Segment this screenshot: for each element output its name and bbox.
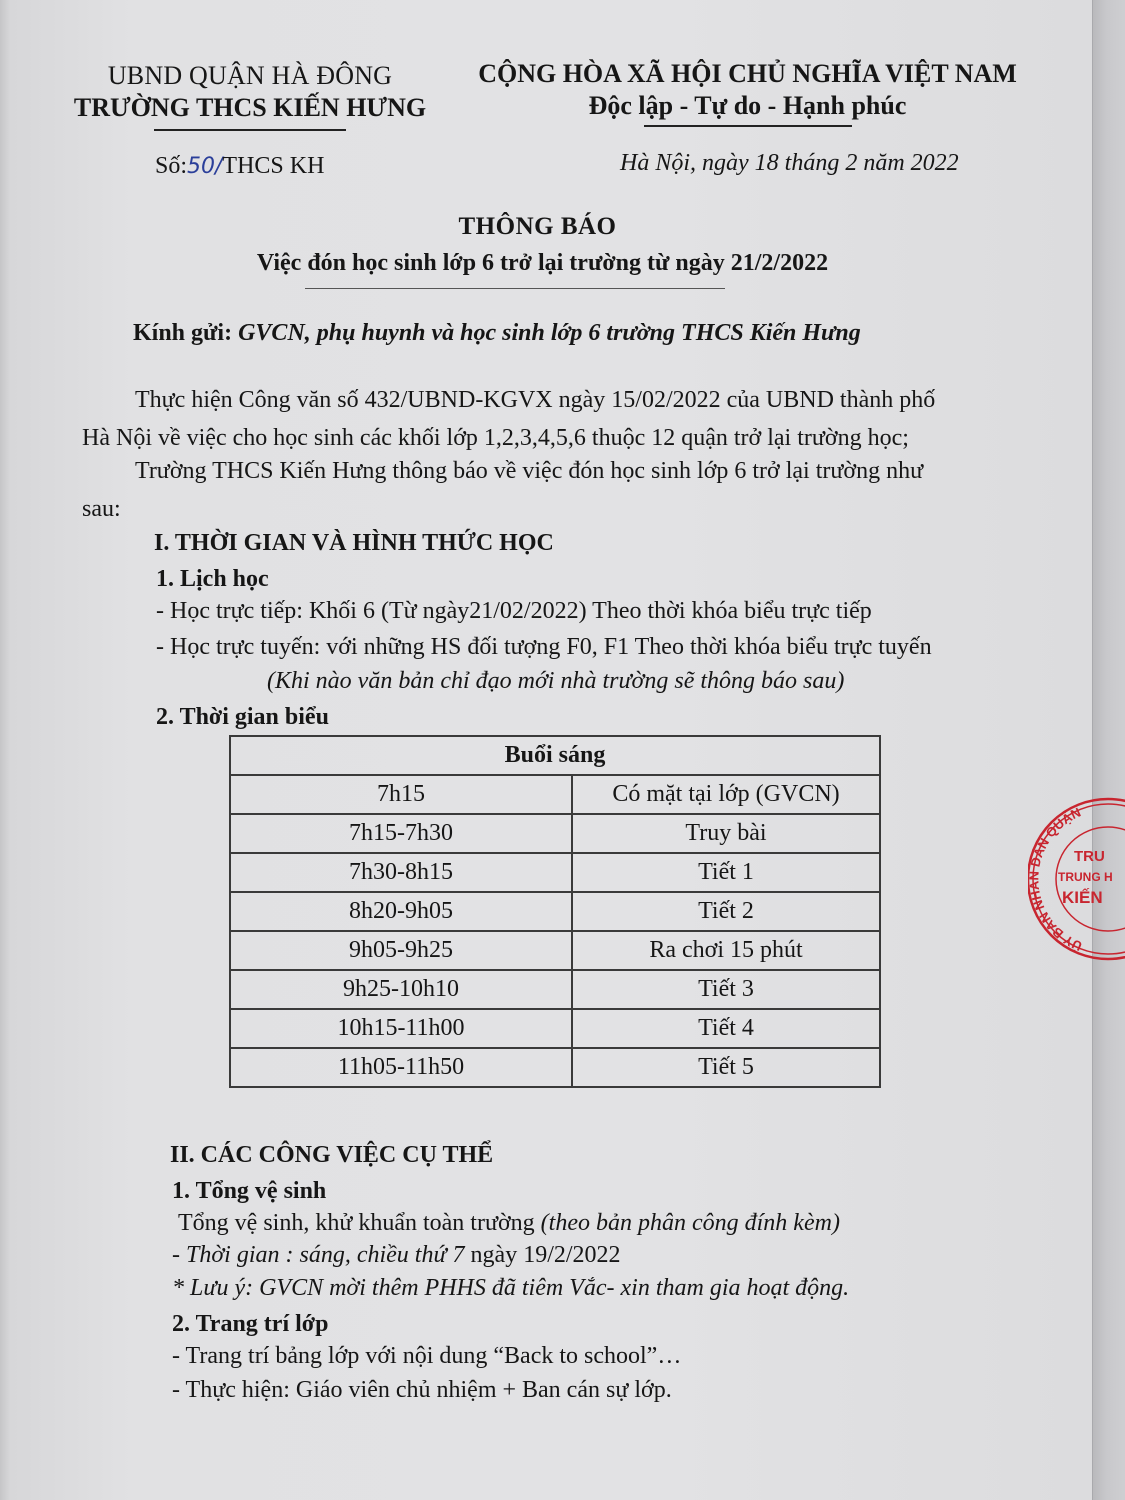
national-motto: Độc lập - Tự do - Hạnh phúc (470, 90, 1025, 122)
cleaning-note: * Lưu ý: GVCN mời thêm PHHS đã tiêm Vắc-… (172, 1275, 849, 1302)
timetable-activity: Ra chơi 15 phút (572, 931, 880, 970)
timetable-row: 10h15-11h00Tiết 4 (230, 1009, 880, 1048)
timetable-row: 7h30-8h15Tiết 1 (230, 853, 880, 892)
schedule-item-in-person: - Học trực tiếp: Khối 6 (Từ ngày21/02/20… (156, 598, 872, 625)
timetable-time: 11h05-11h50 (230, 1048, 572, 1087)
subtitle-underline (305, 288, 725, 289)
intro-line-4: sau: (82, 496, 121, 523)
timetable-row: 9h05-9h25Ra chơi 15 phút (230, 931, 880, 970)
place-date: Hà Nội, ngày 18 tháng 2 năm 2022 (620, 150, 959, 177)
timetable-activity: Tiết 1 (572, 853, 880, 892)
cleaning-time: - Thời gian : sáng, chiều thứ 7 ngày 19/… (172, 1242, 621, 1269)
timetable-time: 7h30-8h15 (230, 853, 572, 892)
timetable-activity: Có mặt tại lớp (GVCN) (572, 775, 880, 814)
schedule-item-online: - Học trực tuyến: với những HS đối tượng… (156, 634, 932, 661)
cleaning-time-label: - Thời gian : sáng, chiều thứ 7 (172, 1242, 465, 1268)
timetable-activity: Tiết 4 (572, 1009, 880, 1048)
timetable-row: 7h15-7h30Truy bài (230, 814, 880, 853)
svg-text:TRU: TRU (1074, 848, 1105, 865)
decoration-heading: 2. Trang trí lớp (172, 1311, 328, 1338)
schedule-heading: 1. Lịch học (156, 566, 269, 593)
motto-underline (644, 125, 852, 127)
timetable-activity: Tiết 3 (572, 970, 880, 1009)
doc-no-handwritten: 50/ (187, 154, 222, 179)
timetable-row: 8h20-9h05Tiết 2 (230, 892, 880, 931)
timetable-header: Buổi sáng (230, 736, 880, 775)
official-stamp-icon: ỦY BAN NHÂN DÂN QUẬN TRU TRUNG H KIẾN (1028, 795, 1125, 975)
timetable-heading: 2. Thời gian biểu (156, 704, 329, 731)
timetable-row: 7h15Có mặt tại lớp (GVCN) (230, 775, 880, 814)
timetable-time: 8h20-9h05 (230, 892, 572, 931)
timetable-row: 9h25-10h10Tiết 3 (230, 970, 880, 1009)
document-subtitle: Việc đón học sinh lớp 6 trở lại trường t… (0, 250, 1085, 277)
issuer-block: UBND QUẬN HÀ ĐÔNG TRƯỜNG THCS KIẾN HƯNG (60, 60, 440, 131)
schedule-note: (Khi nào văn bản chỉ đạo mới nhà trường … (267, 668, 844, 695)
cleaning-date: ngày 19/2/2022 (465, 1242, 621, 1268)
issuer-authority: UBND QUẬN HÀ ĐÔNG (60, 60, 440, 92)
cleaning-heading: 1. Tổng vệ sinh (172, 1178, 326, 1205)
issuer-underline (154, 129, 346, 131)
document-title: THÔNG BÁO (0, 213, 1075, 241)
recipients-label: Kính gửi: (133, 320, 232, 346)
timetable-time: 7h15-7h30 (230, 814, 572, 853)
cleaning-description: Tổng vệ sinh, khử khuẩn toàn trường (the… (178, 1210, 840, 1237)
intro-line-1: Thực hiện Công văn số 432/UBND-KGVX ngày… (135, 387, 935, 414)
timetable-row: 11h05-11h50Tiết 5 (230, 1048, 880, 1087)
timetable: Buổi sáng 7h15Có mặt tại lớp (GVCN)7h15-… (229, 735, 881, 1088)
decoration-item-2: - Thực hiện: Giáo viên chủ nhiệm + Ban c… (172, 1377, 672, 1404)
timetable-time: 10h15-11h00 (230, 1009, 572, 1048)
svg-text:TRUNG H: TRUNG H (1058, 870, 1113, 884)
timetable-time: 9h25-10h10 (230, 970, 572, 1009)
intro-line-3: Trường THCS Kiến Hưng thông báo về việc … (135, 458, 923, 485)
issuer-school: TRƯỜNG THCS KIẾN HƯNG (60, 92, 440, 124)
cleaning-main: Tổng vệ sinh, khử khuẩn toàn trường (178, 1210, 541, 1236)
timetable-activity: Tiết 5 (572, 1048, 880, 1087)
recipients: GVCN, phụ huynh và học sinh lớp 6 trường… (238, 320, 861, 346)
timetable-time: 9h05-9h25 (230, 931, 572, 970)
svg-text:KIẾN: KIẾN (1062, 888, 1103, 907)
national-motto-block: CỘNG HÒA XÃ HỘI CHỦ NGHĨA VIỆT NAM Độc l… (470, 58, 1025, 127)
underlying-page-edge (1092, 0, 1125, 1500)
timetable-activity: Tiết 2 (572, 892, 880, 931)
doc-no-label: Số: (155, 153, 187, 179)
doc-no-code: THCS KH (222, 153, 324, 179)
national-title: CỘNG HÒA XÃ HỘI CHỦ NGHĨA VIỆT NAM (470, 58, 1025, 90)
cleaning-assignment-note: (theo bản phân công đính kèm) (541, 1210, 840, 1236)
document-number: Số:50/THCS KH (155, 153, 324, 180)
recipients-line: Kính gửi: GVCN, phụ huynh và học sinh lớ… (133, 320, 861, 347)
timetable-activity: Truy bài (572, 814, 880, 853)
intro-line-2: Hà Nội về việc cho học sinh các khối lớp… (82, 425, 909, 452)
timetable-time: 7h15 (230, 775, 572, 814)
decoration-item-1: - Trang trí bảng lớp với nội dung “Back … (172, 1343, 681, 1370)
section-2-heading: II. CÁC CÔNG VIỆC CỤ THỂ (170, 1142, 493, 1169)
section-1-heading: I. THỜI GIAN VÀ HÌNH THỨC HỌC (154, 530, 554, 557)
